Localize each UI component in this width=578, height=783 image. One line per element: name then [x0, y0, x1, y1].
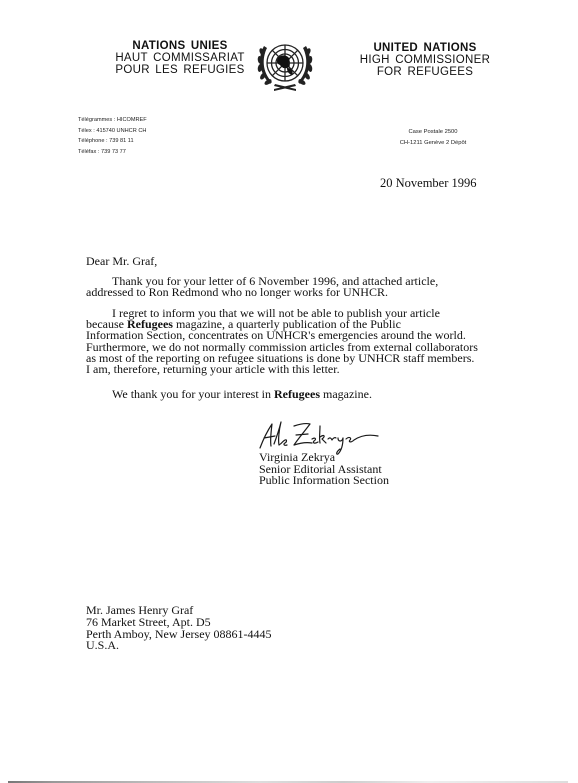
org-name-french: NATIONS UNIES	[100, 40, 260, 52]
letter-date: 20 November 1996	[380, 176, 477, 191]
paragraph-3-line: We thank you for your interest in Refuge…	[112, 389, 492, 400]
org-line2-english: FOR REFUGEES	[350, 66, 500, 78]
letter-page: NATIONS UNIES HAUT COMMISSARIAT POUR LES…	[0, 0, 578, 783]
contact-telegrams: Télégrammes : HICOMREF	[78, 115, 147, 126]
postal-box: Case Postale 2500	[378, 127, 488, 138]
org-line1-english: HIGH COMMISSIONER	[350, 54, 500, 66]
contact-telephone: Téléphone : 739 81 11	[78, 136, 147, 147]
letterhead-french: NATIONS UNIES HAUT COMMISSARIAT POUR LES…	[100, 40, 260, 76]
letterhead-english: UNITED NATIONS HIGH COMMISSIONER FOR REF…	[350, 42, 500, 78]
signatory-department: Public Information Section	[259, 475, 389, 487]
paragraph-2-line: I am, therefore, returning your article …	[86, 364, 466, 375]
paragraph-1-line: addressed to Ron Redmond who no longer w…	[86, 287, 466, 298]
text-fragment: magazine.	[320, 387, 372, 401]
org-name-english: UNITED NATIONS	[350, 42, 500, 54]
signature-block: Virginia Zekrya Senior Editorial Assista…	[259, 452, 389, 487]
paragraph-2: I regret to inform you that we will not …	[86, 308, 466, 375]
paragraph-3: We thank you for your interest in Refuge…	[112, 389, 492, 400]
salutation: Dear Mr. Graf,	[86, 254, 157, 269]
un-emblem-icon	[254, 34, 316, 94]
paragraph-1: Thank you for your letter of 6 November …	[86, 276, 466, 298]
magazine-title: Refugees	[274, 387, 320, 401]
postal-city: CH-1211 Genève 2 Dépôt	[378, 138, 488, 149]
contact-telecom: Télégrammes : HICOMREF Télex : 415740 UN…	[78, 115, 147, 157]
org-line1-french: HAUT COMMISSARIAT	[100, 52, 260, 64]
contact-telex: Télex : 415740 UNHCR CH	[78, 126, 147, 137]
recipient-country: U.S.A.	[86, 640, 272, 652]
text-fragment: We thank you for your interest in	[112, 387, 274, 401]
contact-telefax: Téléfax : 739 73 77	[78, 147, 147, 158]
org-line2-french: POUR LES REFUGIES	[100, 64, 260, 76]
contact-postal: Case Postale 2500 CH-1211 Genève 2 Dépôt	[378, 127, 488, 149]
recipient-address: Mr. James Henry Graf 76 Market Street, A…	[86, 605, 272, 652]
